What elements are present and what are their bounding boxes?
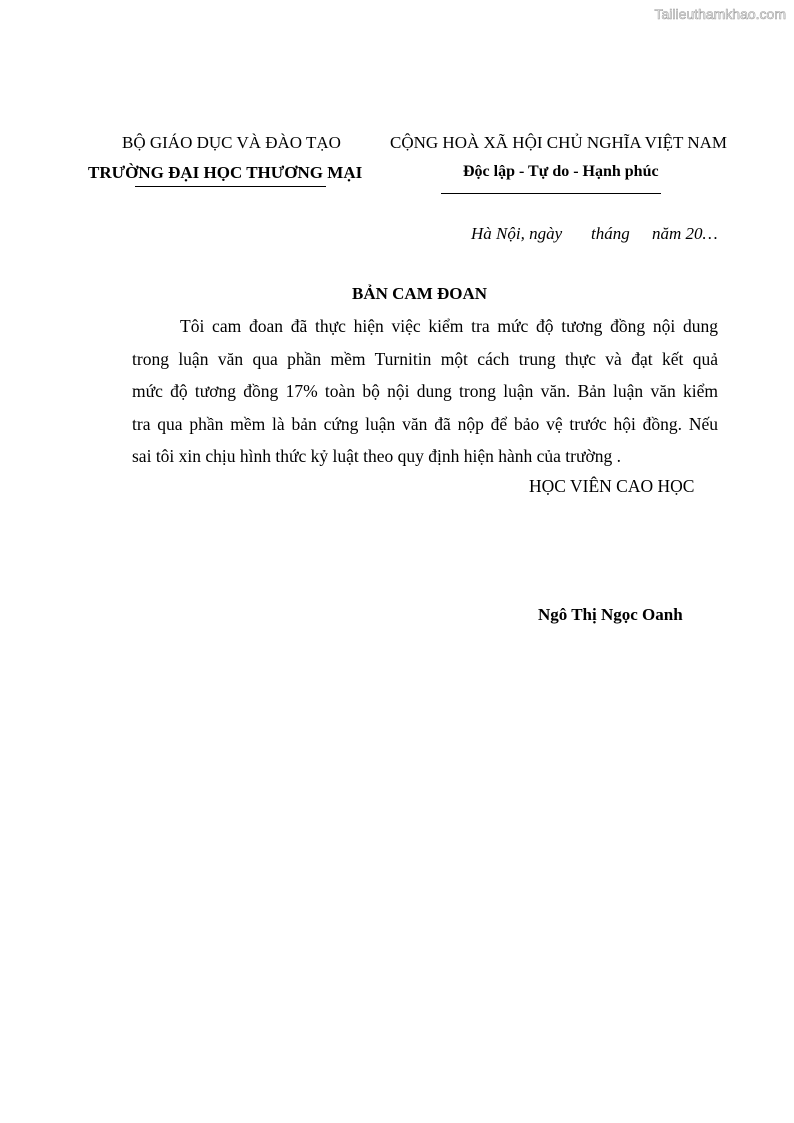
body-line: sai tôi xin chịu hình thức kỷ luật theo … (132, 440, 718, 473)
university-underline (135, 186, 326, 187)
body-line: trong luận văn qua phần mềm Turnitin một… (132, 343, 718, 376)
university-name: TRƯỜNG ĐẠI HỌC THƯƠNG MẠI (88, 163, 362, 183)
ministry-name: BỘ GIÁO DỤC VÀ ĐÀO TẠO (122, 133, 341, 153)
motto-underline (441, 193, 661, 194)
body-line: mức độ tương đồng 17% toàn bộ nội dung t… (132, 375, 718, 408)
country-name: CỘNG HOÀ XÃ HỘI CHỦ NGHĨA VIỆT NAM (390, 133, 727, 153)
date-place: Hà Nội, ngày (471, 224, 562, 244)
national-motto: Độc lập - Tự do - Hạnh phúc (463, 163, 659, 181)
signer-role: HỌC VIÊN CAO HỌC (529, 476, 694, 497)
date-year: năm 20… (652, 224, 718, 244)
declaration-body: Tôi cam đoan đã thực hiện việc kiểm tra … (132, 310, 718, 473)
document-title: BẢN CAM ĐOAN (352, 284, 487, 304)
signer-name: Ngô Thị Ngọc Oanh (538, 605, 683, 625)
body-line: Tôi cam đoan đã thực hiện việc kiểm tra … (132, 310, 718, 343)
body-line: tra qua phần mềm là bản cứng luận văn đã… (132, 408, 718, 441)
date-month: tháng (591, 224, 630, 244)
watermark: Tailieuthamkhao.com (654, 6, 786, 22)
